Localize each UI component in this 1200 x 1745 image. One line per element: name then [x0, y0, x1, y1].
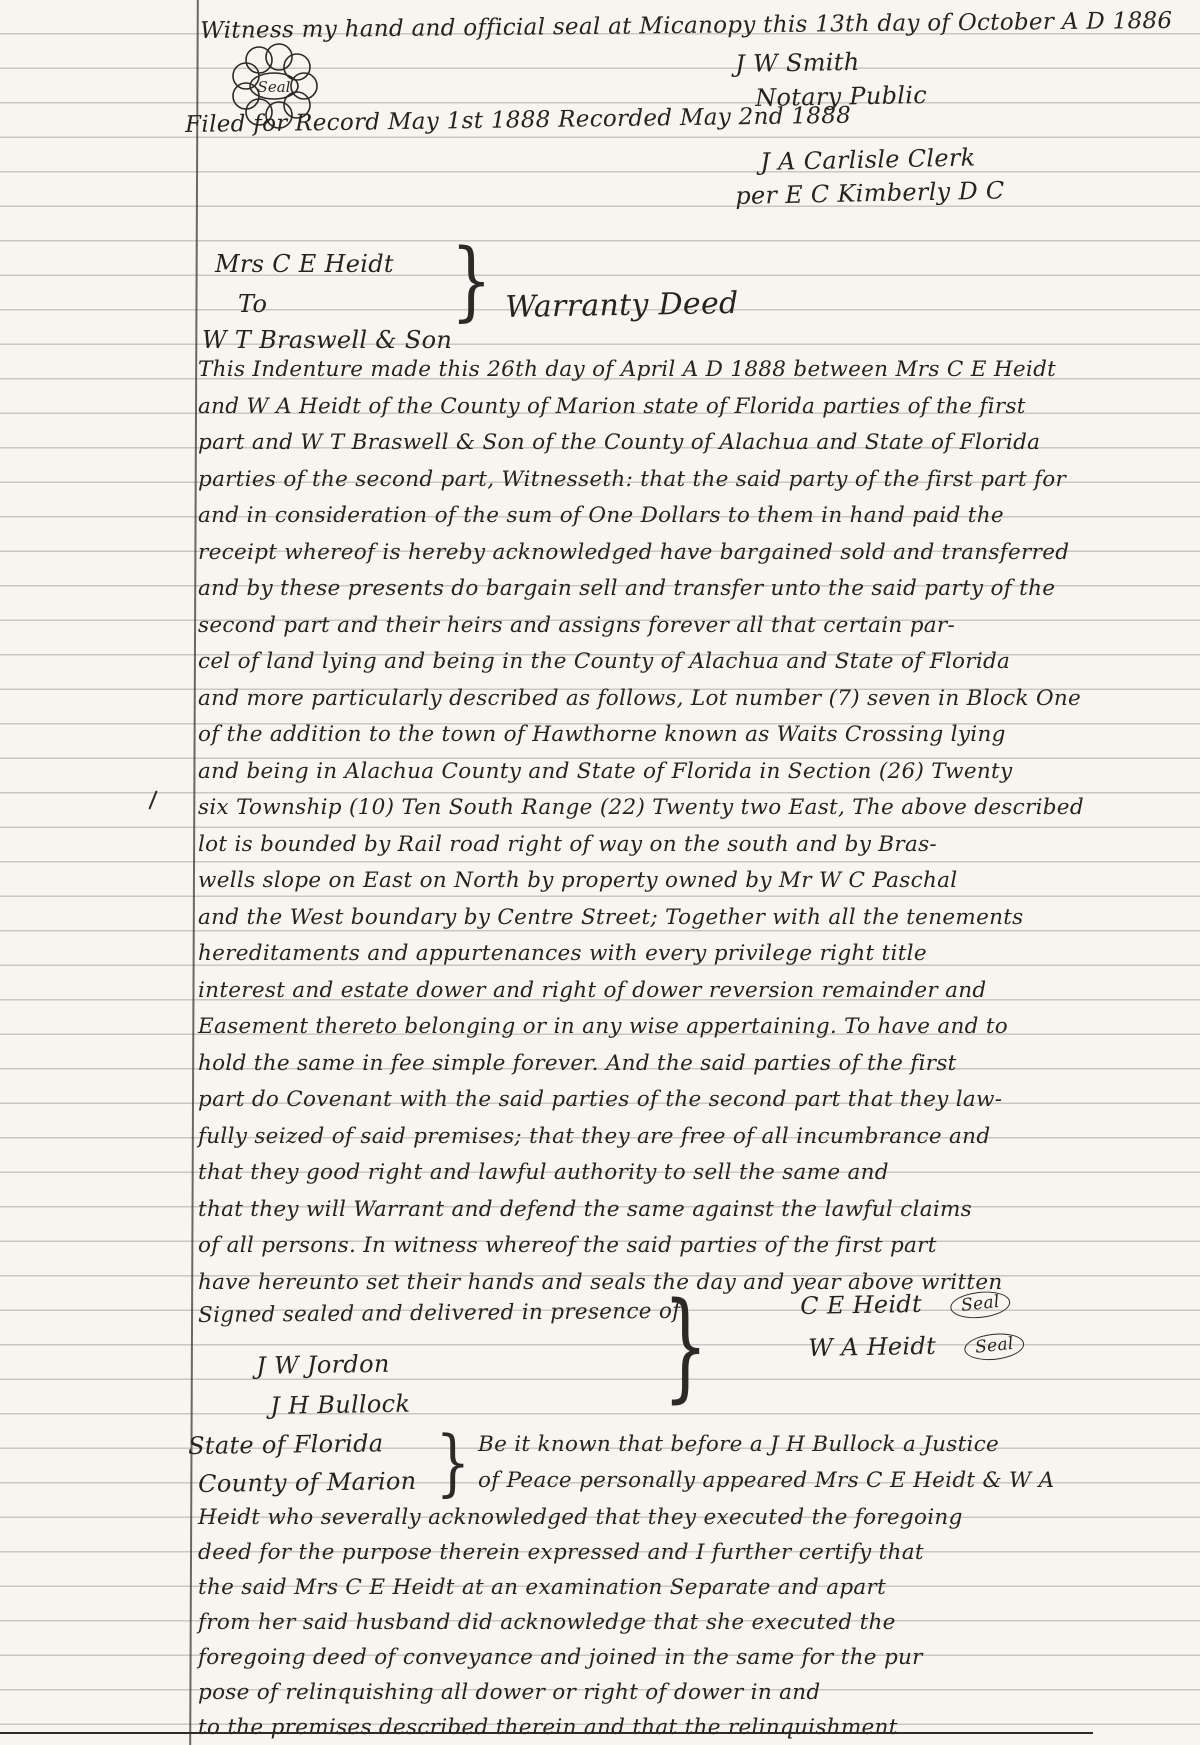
- ack-intro-line: Be it known that before a J H Bullock a …: [478, 1432, 999, 1457]
- deed-line: and by these presents do bargain sell an…: [198, 571, 1098, 608]
- seal-badge: Seal: [949, 1288, 1012, 1320]
- deed-line: of the addition to the town of Hawthorne…: [198, 717, 1098, 754]
- ack-county: County of Marion: [198, 1467, 417, 1498]
- ack-line: to the premises described therein and th…: [198, 1710, 1098, 1745]
- instrument-title: Warranty Deed: [505, 286, 739, 325]
- deed-line: part and W T Braswell & Son of the Count…: [198, 425, 1098, 462]
- clerk-signature: J A Carlisle Clerk: [760, 143, 976, 176]
- notary-signature: J W Smith: [735, 48, 860, 78]
- notary-seal-label: Seal: [258, 78, 291, 96]
- caption-to: To: [238, 290, 267, 318]
- ack-intro-line: of Peace personally appeared Mrs C E Hei…: [478, 1468, 1054, 1493]
- deed-line: and more particularly described as follo…: [198, 681, 1098, 718]
- deed-line: that they good right and lawful authorit…: [198, 1155, 1098, 1192]
- deed-line: and W A Heidt of the County of Marion st…: [198, 389, 1098, 426]
- ack-state: State of Florida: [188, 1429, 384, 1460]
- ack-line: the said Mrs C E Heidt at an examination…: [198, 1570, 1098, 1605]
- deed-line: interest and estate dower and right of d…: [198, 973, 1098, 1010]
- signer-name: C E Heidt: [800, 1290, 922, 1320]
- caption-grantor: Mrs C E Heidt: [215, 250, 394, 278]
- ack-line: from her said husband did acknowledge th…: [198, 1605, 1098, 1640]
- witness-signature: J H Bullock: [270, 1390, 410, 1420]
- deed-line: hold the same in fee simple forever. And…: [198, 1046, 1098, 1083]
- deed-line: parties of the second part, Witnesseth: …: [198, 462, 1098, 499]
- attestation-line: Signed sealed and delivered in presence …: [198, 1299, 681, 1328]
- deed-line: Easement thereto belonging or in any wis…: [198, 1009, 1098, 1046]
- deed-line: fully seized of said premises; that they…: [198, 1119, 1098, 1156]
- deed-line: and being in Alachua County and State of…: [198, 754, 1098, 791]
- caption-grantee: W T Braswell & Son: [202, 326, 452, 354]
- deed-line: six Township (10) Ten South Range (22) T…: [198, 790, 1098, 827]
- witness-signature: J W Jordon: [256, 1350, 390, 1380]
- deed-line: lot is bounded by Rail road right of way…: [198, 827, 1098, 864]
- signature-row: W A HeidtSeal: [808, 1330, 1025, 1362]
- signer-name: W A Heidt: [808, 1332, 936, 1362]
- ack-line: deed for the purpose therein expressed a…: [198, 1535, 1098, 1570]
- attestation-brace: }: [663, 1286, 708, 1404]
- deputy-clerk-signature: per E C Kimberly D C: [735, 176, 1005, 210]
- caption-brace: }: [451, 238, 492, 324]
- deed-record-page: Witness my hand and official seal at Mic…: [0, 0, 1200, 1745]
- deed-line: hereditaments and appurtenances with eve…: [198, 936, 1098, 973]
- deed-line: and in consideration of the sum of One D…: [198, 498, 1098, 535]
- deed-body: This Indenture made this 26th day of Apr…: [198, 352, 1098, 1301]
- ack-line: pose of relinquishing all dower or right…: [198, 1675, 1098, 1710]
- deed-line: cel of land lying and being in the Count…: [198, 644, 1098, 681]
- deed-line: This Indenture made this 26th day of Apr…: [198, 352, 1098, 389]
- seal-badge: Seal: [963, 1330, 1026, 1362]
- ack-line: Heidt who severally acknowledged that th…: [198, 1500, 1098, 1535]
- deed-line: and the West boundary by Centre Street; …: [198, 900, 1098, 937]
- deed-line: of all persons. In witness whereof the s…: [198, 1228, 1098, 1265]
- signature-row: C E HeidtSeal: [800, 1288, 1011, 1320]
- ack-brace: }: [436, 1426, 470, 1498]
- bottom-rule-line: [0, 1732, 1093, 1734]
- deed-line: receipt whereof is hereby acknowledged h…: [198, 535, 1098, 572]
- deed-line: wells slope on East on North by property…: [198, 863, 1098, 900]
- deed-line: part do Covenant with the said parties o…: [198, 1082, 1098, 1119]
- ack-line: foregoing deed of conveyance and joined …: [198, 1640, 1098, 1675]
- deed-line: second part and their heirs and assigns …: [198, 608, 1098, 645]
- ack-body: Heidt who severally acknowledged that th…: [198, 1500, 1098, 1745]
- deed-line: that they will Warrant and defend the sa…: [198, 1192, 1098, 1229]
